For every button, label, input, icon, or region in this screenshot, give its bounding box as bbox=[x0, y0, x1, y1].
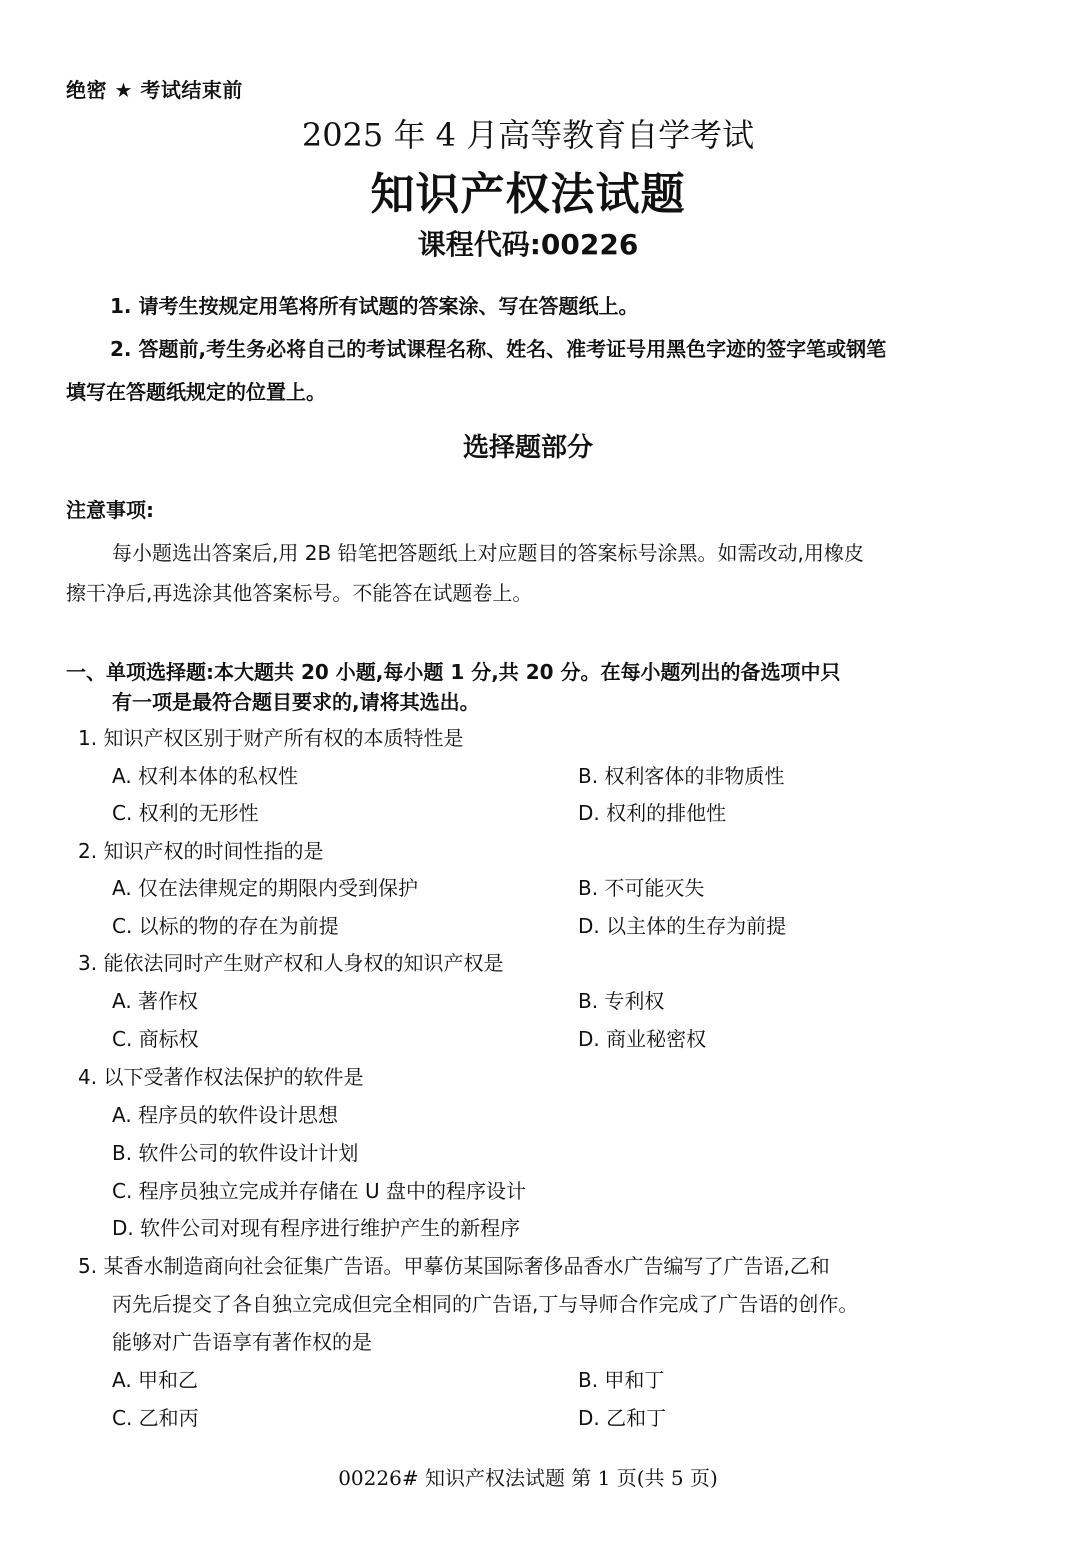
course-code: 课程代码:00226 bbox=[0, 223, 1056, 263]
question-4-stem: 4. 以下受著作权法保护的软件是 bbox=[78, 1061, 363, 1090]
question-3-option-b: B. 专利权 bbox=[578, 985, 664, 1014]
section-title: 选择题部分 bbox=[0, 427, 1056, 464]
question-4-option-b: B. 软件公司的软件设计计划 bbox=[112, 1137, 358, 1166]
question-3-stem: 3. 能依法同时产生财产权和人身权的知识产权是 bbox=[78, 947, 503, 976]
exam-title: 2025 年 4 月高等教育自学考试 bbox=[0, 110, 1056, 156]
confidential-label: 绝密 ★ 考试结束前 bbox=[66, 74, 243, 103]
question-5-stem: 5. 某香水制造商向社会征集广告语。甲摹仿某国际奢侈品香水广告编写了广告语,乙和 bbox=[78, 1250, 830, 1279]
page-footer: 00226# 知识产权法试题 第 1 页(共 5 页) bbox=[0, 1462, 1056, 1491]
question-4-option-a: A. 程序员的软件设计思想 bbox=[112, 1099, 338, 1128]
question-3-option-a: A. 著作权 bbox=[112, 985, 198, 1014]
part-one-heading: 一、单项选择题:本大题共 20 小题,每小题 1 分,共 20 分。在每小题列出… bbox=[66, 656, 841, 685]
question-2-stem: 2. 知识产权的时间性指的是 bbox=[78, 835, 323, 864]
question-2-option-a: A. 仅在法律规定的期限内受到保护 bbox=[112, 872, 418, 901]
notice-line-1: 每小题选出答案后,用 2B 铅笔把答题纸上对应题目的答案标号涂黑。如需改动,用橡… bbox=[112, 537, 864, 566]
question-1-option-c: C. 权利的无形性 bbox=[112, 797, 259, 826]
question-5-option-a: A. 甲和乙 bbox=[112, 1364, 198, 1393]
question-5-stem-cont-1: 丙先后提交了各自独立完成但完全相同的广告语,丁与导师合作完成了广告语的创作。 bbox=[112, 1288, 858, 1317]
question-1-option-d: D. 权利的排他性 bbox=[578, 797, 726, 826]
notice-line-2: 擦干净后,再选涂其他答案标号。不能答在试题卷上。 bbox=[66, 577, 532, 606]
instruction-2: 2. 答题前,考生务必将自己的考试课程名称、姓名、准考证号用黑色字迹的签字笔或钢… bbox=[110, 333, 886, 362]
question-5-option-d: D. 乙和丁 bbox=[578, 1402, 666, 1431]
question-2-option-d: D. 以主体的生存为前提 bbox=[578, 910, 786, 939]
question-4-option-c: C. 程序员独立完成并存储在 U 盘中的程序设计 bbox=[112, 1175, 526, 1204]
question-1-option-b: B. 权利客体的非物质性 bbox=[578, 760, 784, 789]
part-one-heading-cont: 有一项是最符合题目要求的,请将其选出。 bbox=[112, 686, 480, 715]
question-5-option-c: C. 乙和丙 bbox=[112, 1402, 199, 1431]
question-3-option-d: D. 商业秘密权 bbox=[578, 1023, 706, 1052]
notice-heading: 注意事项: bbox=[66, 494, 154, 523]
question-2-option-c: C. 以标的物的存在为前提 bbox=[112, 910, 339, 939]
question-1-option-a: A. 权利本体的私权性 bbox=[112, 760, 298, 789]
question-4-option-d: D. 软件公司对现有程序进行维护产生的新程序 bbox=[112, 1212, 520, 1241]
question-2-option-b: B. 不可能灭失 bbox=[578, 872, 704, 901]
question-5-stem-cont-2: 能够对广告语享有著作权的是 bbox=[112, 1326, 372, 1355]
subject-title: 知识产权法试题 bbox=[0, 158, 1056, 222]
instruction-1: 1. 请考生按规定用笔将所有试题的答案涂、写在答题纸上。 bbox=[110, 290, 638, 319]
question-3-option-c: C. 商标权 bbox=[112, 1023, 199, 1052]
instruction-2-cont: 填写在答题纸规定的位置上。 bbox=[66, 376, 326, 405]
question-1-stem: 1. 知识产权区别于财产所有权的本质特性是 bbox=[78, 722, 463, 751]
question-5-option-b: B. 甲和丁 bbox=[578, 1364, 664, 1393]
